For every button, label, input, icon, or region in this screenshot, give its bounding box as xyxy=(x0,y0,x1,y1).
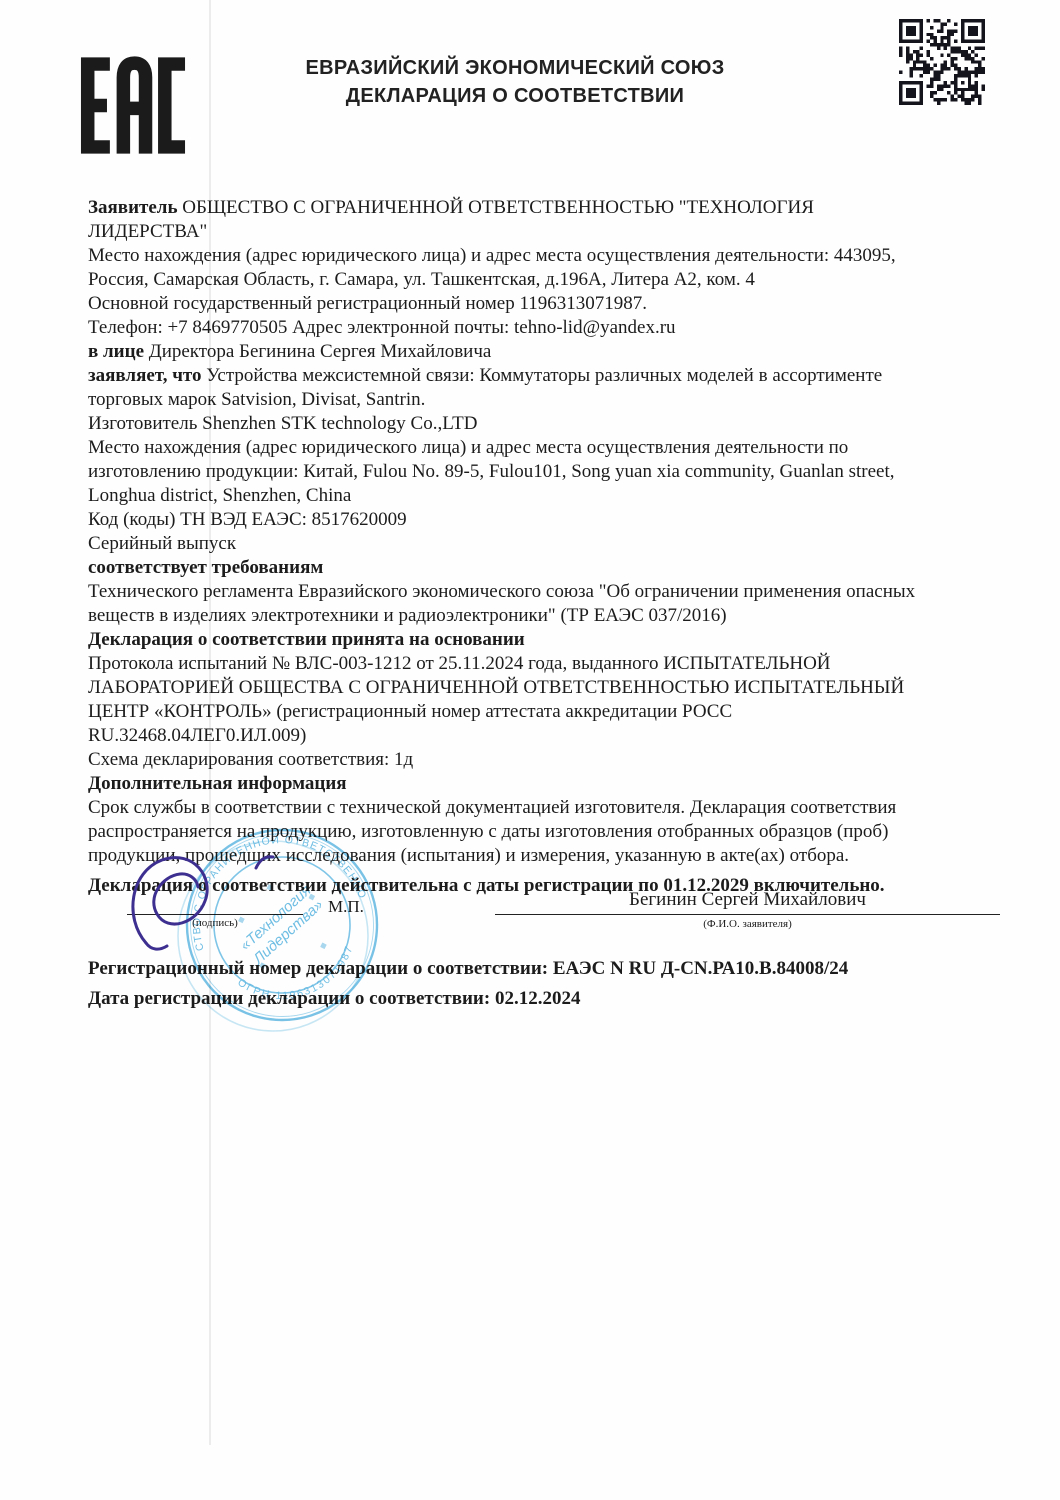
body-line: ЛИДЕРСТВА" xyxy=(88,220,1018,244)
body-line: Россия, Самарская Область, г. Самара, ул… xyxy=(88,268,1018,292)
body-line: изготовлению продукции: Китай, Fulou No.… xyxy=(88,460,1018,484)
declaration-body: Заявитель ОБЩЕСТВО С ОГРАНИЧЕННОЙ ОТВЕТС… xyxy=(88,196,1018,868)
body-line: Изготовитель Shenzhen STK technology Co.… xyxy=(88,412,1018,436)
body-line: Место нахождения (адрес юридического лиц… xyxy=(88,244,1018,268)
body-line: ЛАБОРАТОРИЕЙ ОБЩЕСТВА С ОГРАНИЧЕННОЙ ОТВ… xyxy=(88,676,1018,700)
body-line: Основной государственный регистрационный… xyxy=(88,292,1018,316)
body-line: Телефон: +7 8469770505 Адрес электронной… xyxy=(88,316,1018,340)
title-line-1: ЕВРАЗИЙСКИЙ ЭКОНОМИЧЕСКИЙ СОЮЗ xyxy=(150,54,880,82)
registration-number-value: ЕАЭС N RU Д-CN.РА10.В.84008/24 xyxy=(553,958,848,979)
svg-text:◆: ◆ xyxy=(307,891,317,903)
body-line: соответствует требованиям xyxy=(88,556,1018,580)
body-line: Серийный выпуск xyxy=(88,532,1018,556)
title-line-2: ДЕКЛАРАЦИЯ О СООТВЕТСТВИИ xyxy=(150,82,880,110)
declaration-page: ЕВРАЗИЙСКИЙ ЭКОНОМИЧЕСКИЙ СОЮЗ ДЕКЛАРАЦИ… xyxy=(0,0,1060,1500)
applicant-name: Бегинин Сергей Михайлович xyxy=(495,889,1000,911)
body-line: Технического регламента Евразийского эко… xyxy=(88,580,1018,604)
body-line: Заявитель ОБЩЕСТВО С ОГРАНИЧЕННОЙ ОТВЕТС… xyxy=(88,196,1018,220)
body-line: веществ в изделиях электротехники и ради… xyxy=(88,604,1018,628)
document-title: ЕВРАЗИЙСКИЙ ЭКОНОМИЧЕСКИЙ СОЮЗ ДЕКЛАРАЦИ… xyxy=(150,54,880,110)
qr-code-icon xyxy=(899,19,985,105)
body-line: торговых марок Satvision, Divisat, Santr… xyxy=(88,388,1018,412)
registration-date-value: 02.12.2024 xyxy=(495,988,581,1009)
body-line: RU.32468.04ЛЕГ0.ИЛ.009) xyxy=(88,724,1018,748)
body-line: в лице Директора Бегинина Сергея Михайло… xyxy=(88,340,1018,364)
body-line: заявляет, что Устройства межсистемной св… xyxy=(88,364,1018,388)
body-line: Декларация о соответствии принята на осн… xyxy=(88,628,1018,652)
body-line: ЦЕНТР «КОНТРОЛЬ» (регистрационный номер … xyxy=(88,700,1018,724)
body-line: Код (коды) ТН ВЭД ЕАЭС: 8517620009 xyxy=(88,508,1018,532)
body-line: Дополнительная информация xyxy=(88,772,1018,796)
applicant-name-rule xyxy=(495,914,1000,915)
body-line: Место нахождения (адрес юридического лиц… xyxy=(88,436,1018,460)
svg-text:◆: ◆ xyxy=(318,939,328,951)
body-line: Схема декларирования соответствия: 1д xyxy=(88,748,1018,772)
body-line: Протокола испытаний № ВЛС-003-1212 от 25… xyxy=(88,652,1018,676)
applicant-name-caption: (Ф.И.О. заявителя) xyxy=(495,918,1000,930)
body-line: Longhua district, Shenzhen, China xyxy=(88,484,1018,508)
handwritten-signature xyxy=(118,838,308,968)
